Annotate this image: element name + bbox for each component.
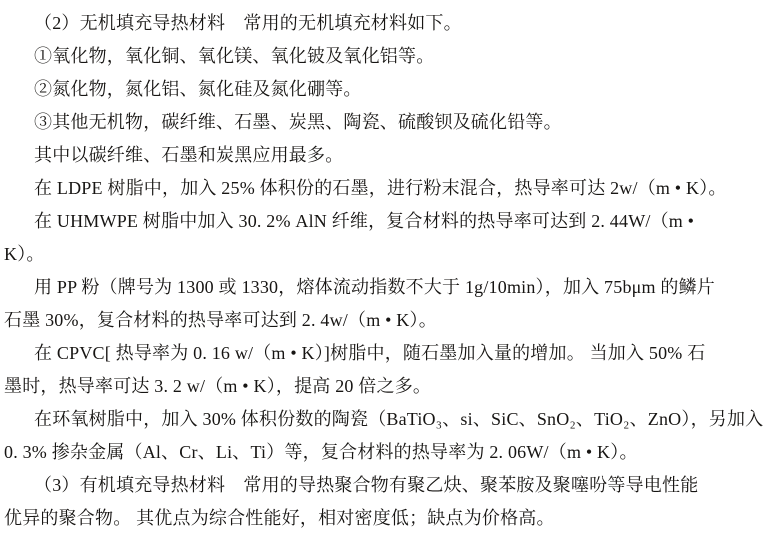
text-line-most-used: 其中以碳纤维、石墨和炭黑应用最多。 bbox=[4, 139, 772, 172]
text-line-ldpe: 在 LDPE 树脂中，加入 25% 体积份的石墨，进行粉末混合，热导率可达 2w… bbox=[4, 172, 772, 205]
text-line-uhmwpe-2: K）。 bbox=[4, 238, 772, 271]
text-line-organic-2: 优异的聚合物。 其优点为综合性能好，相对密度低；缺点为价格高。 bbox=[4, 502, 772, 535]
text-line-oxides-item: ①氧化物，氧化铜、氧化镁、氧化铍及氧化铝等。 bbox=[4, 40, 772, 73]
text-line-nitrides-item: ②氮化物，氮化铝、氮化硅及氮化硼等。 bbox=[4, 73, 772, 106]
text-line-pp-2: 石墨 30%，复合材料的热导率可达到 2. 4w/（m • K）。 bbox=[4, 304, 772, 337]
text-line-uhmwpe-1: 在 UHMWPE 树脂中加入 30. 2% AlN 纤维，复合材料的热导率可达到… bbox=[4, 205, 772, 238]
text-line-cpvc-2: 墨时，热导率可达 3. 2 w/（m • K），提高 20 倍之多。 bbox=[4, 370, 772, 403]
text-line-epoxy-1: 在环氧树脂中，加入 30% 体积份数的陶瓷（BaTiO₃、si、SiC、SnO₂… bbox=[4, 403, 772, 436]
text-line-organic-heading: （3）有机填充导热材料 常用的导热聚合物有聚乙炔、聚苯胺及聚噻吩等导电性能 bbox=[4, 469, 772, 502]
text-line-pp-1: 用 PP 粉（牌号为 1300 或 1330，熔体流动指数不大于 1g/10mi… bbox=[4, 271, 772, 304]
document-page: （2）无机填充导热材料 常用的无机填充材料如下。 ①氧化物，氧化铜、氧化镁、氧化… bbox=[0, 0, 776, 540]
text-line-epoxy-2: 0. 3% 掺杂金属（Al、Cr、Li、Ti）等，复合材料的热导率为 2. 06… bbox=[4, 436, 772, 469]
text-line-inorganic-heading: （2）无机填充导热材料 常用的无机填充材料如下。 bbox=[4, 7, 772, 40]
text-line-cpvc-1: 在 CPVC[ 热导率为 0. 16 w/（m • K）]树脂中，随石墨加入量的… bbox=[4, 337, 772, 370]
text-line-other-inorganic-item: ③其他无机物，碳纤维、石墨、炭黑、陶瓷、硫酸钡及硫化铅等。 bbox=[4, 106, 772, 139]
